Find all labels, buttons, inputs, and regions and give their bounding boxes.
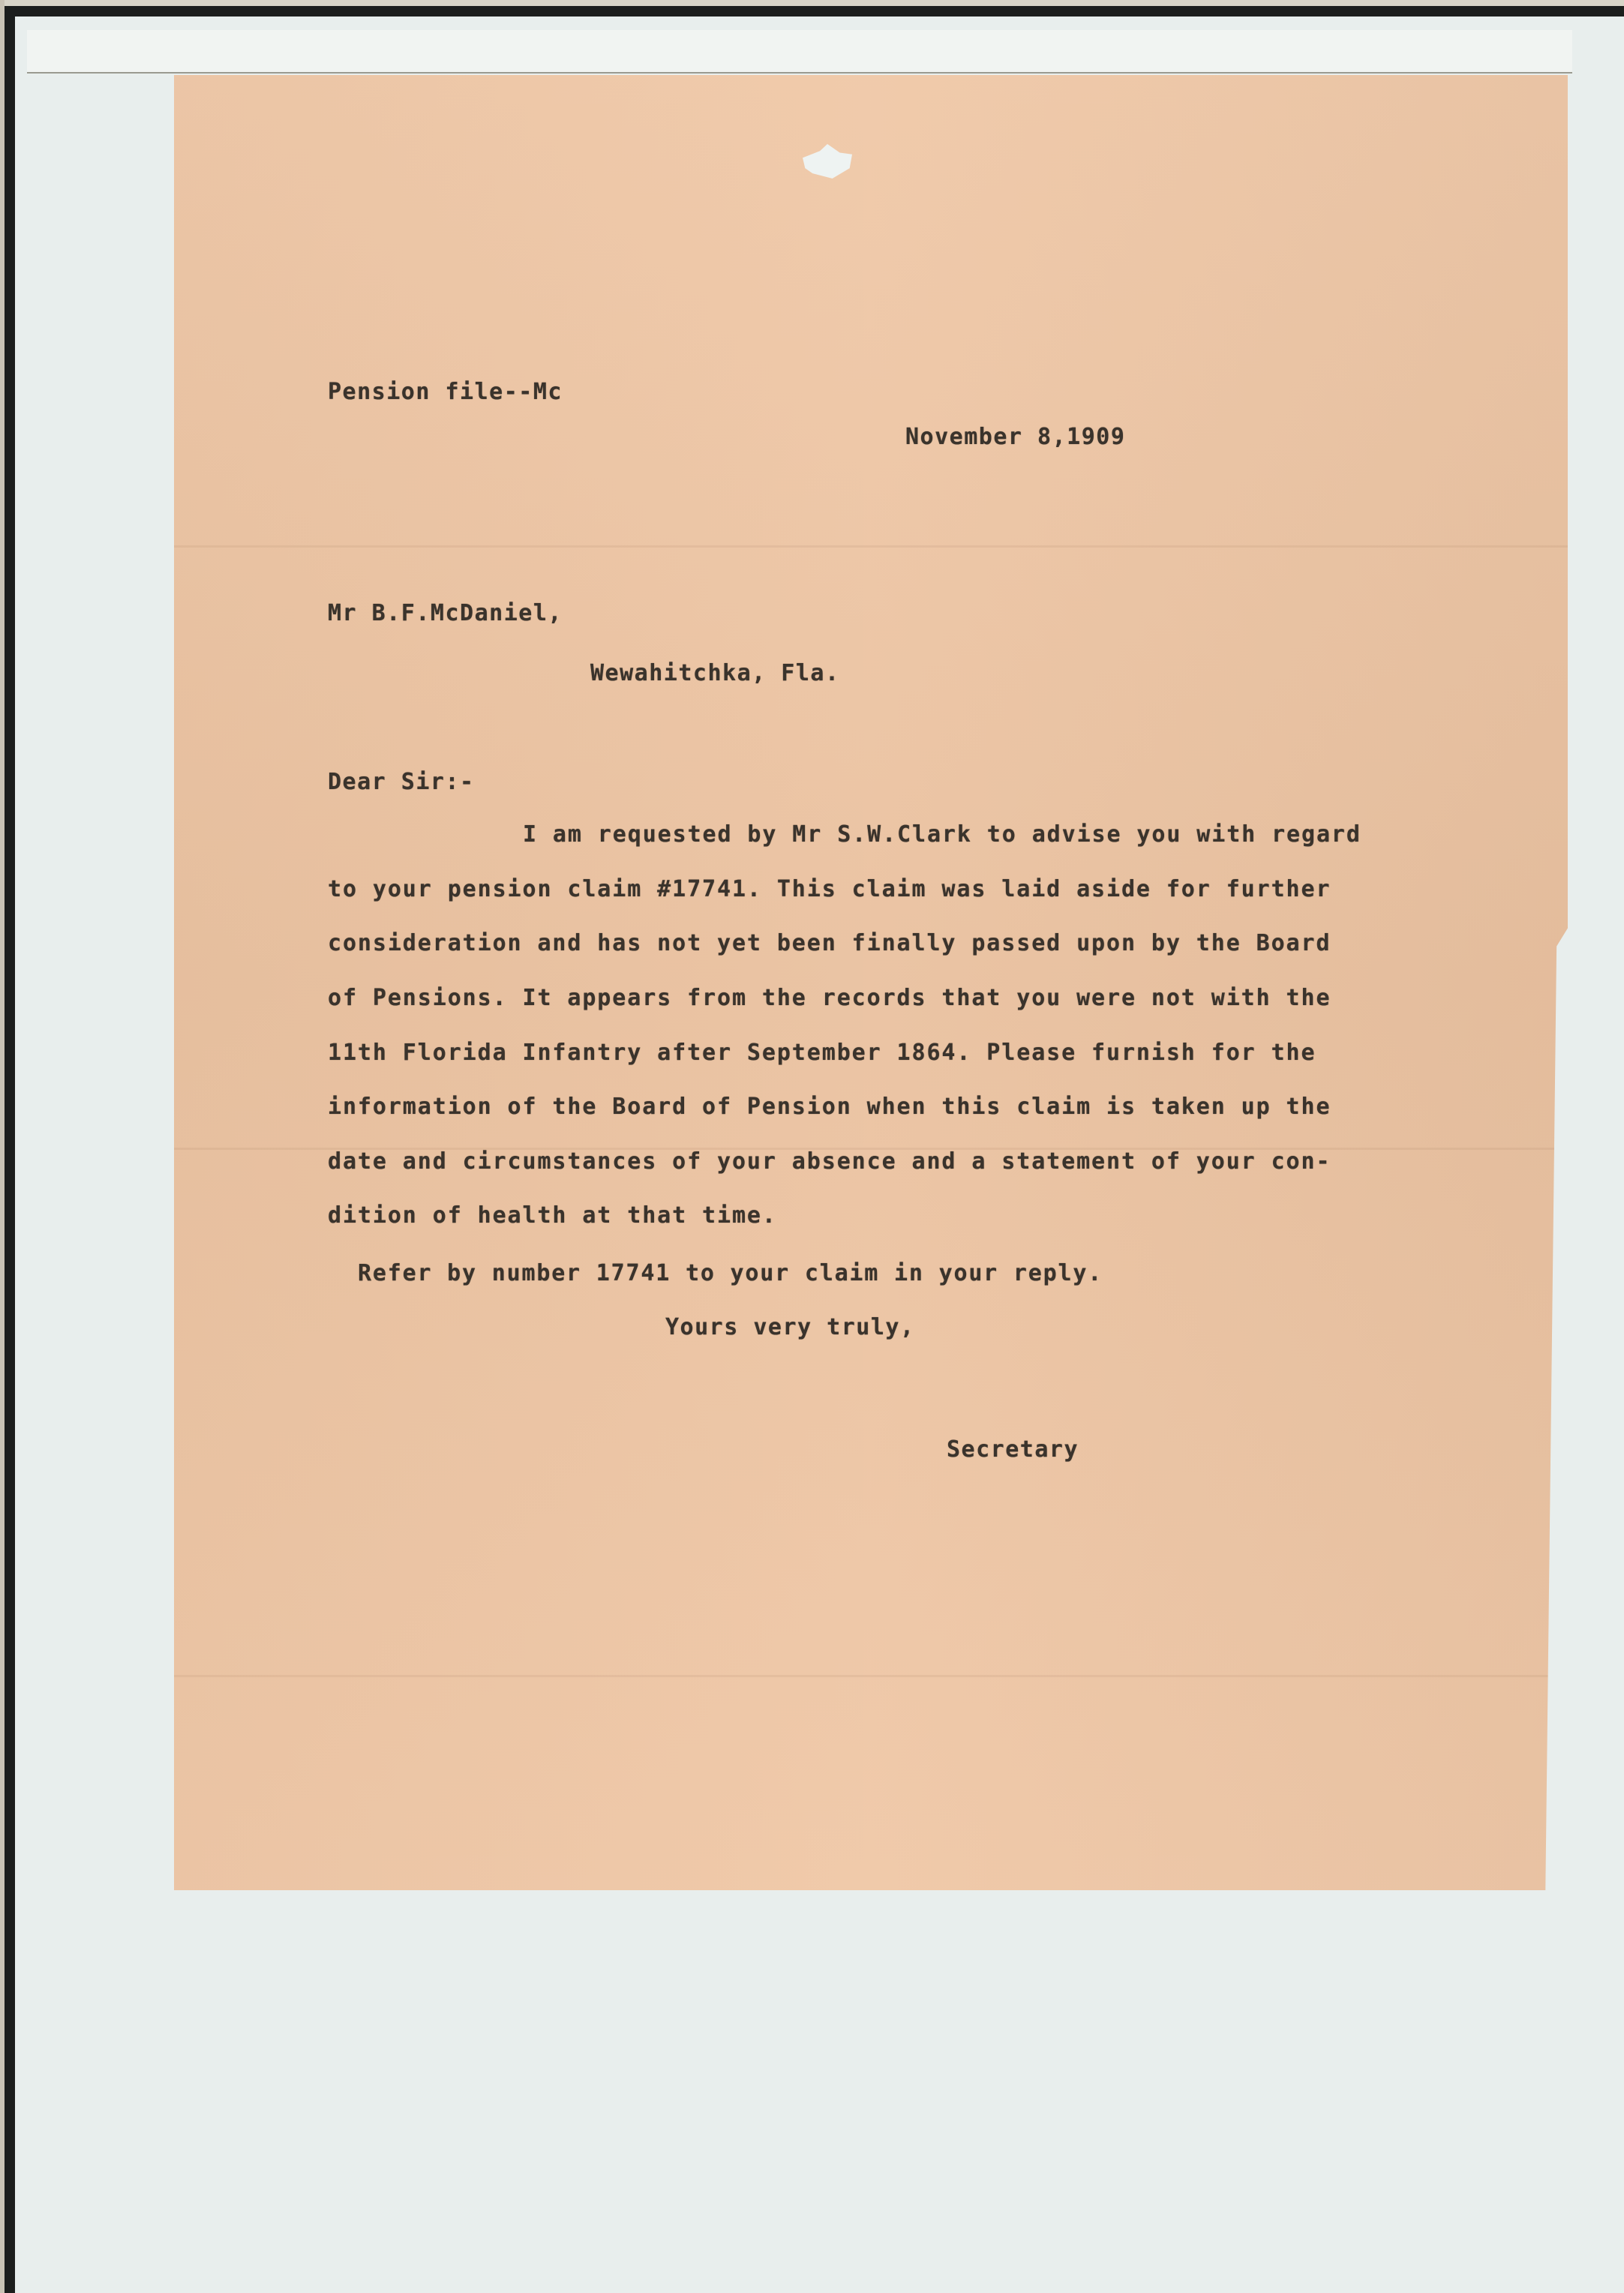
scanner-frame-left [5, 6, 15, 2293]
refer-instruction: Refer by number 17741 to your claim in y… [358, 1260, 1103, 1286]
body-line: date and circumstances of your absence a… [328, 1148, 1331, 1175]
closing: Yours very truly, [665, 1314, 915, 1340]
recipient-name: Mr B.F.McDaniel, [328, 600, 563, 626]
backing-strip [27, 30, 1572, 74]
scanner-frame-top [0, 6, 1624, 17]
fold-crease [174, 545, 1568, 548]
scanner-top-edge [0, 0, 1624, 6]
body-line: 11th Florida Infantry after September 18… [328, 1040, 1316, 1066]
letter-date: November 8,1909 [905, 424, 1125, 450]
file-reference: Pension file--Mc [328, 379, 563, 405]
scanner-background: Pension file--Mc November 8,1909 Mr B.F.… [0, 0, 1624, 2293]
fold-crease [174, 1675, 1568, 1677]
punch-hole [803, 144, 852, 179]
letter-page: Pension file--Mc November 8,1909 Mr B.F.… [174, 75, 1568, 1890]
recipient-place: Wewahitchka, Fla. [590, 660, 840, 686]
body-line: information of the Board of Pension when… [328, 1094, 1331, 1120]
body-line: I am requested by Mr S.W.Clark to advise… [523, 821, 1361, 848]
body-line: to your pension claim #17741. This claim… [328, 876, 1331, 902]
salutation: Dear Sir:- [328, 769, 475, 795]
body-line: consideration and has not yet been final… [328, 930, 1331, 956]
body-line: dition of health at that time. [328, 1202, 777, 1229]
body-line: of Pensions. It appears from the records… [328, 985, 1331, 1011]
signature-title: Secretary [947, 1436, 1079, 1463]
